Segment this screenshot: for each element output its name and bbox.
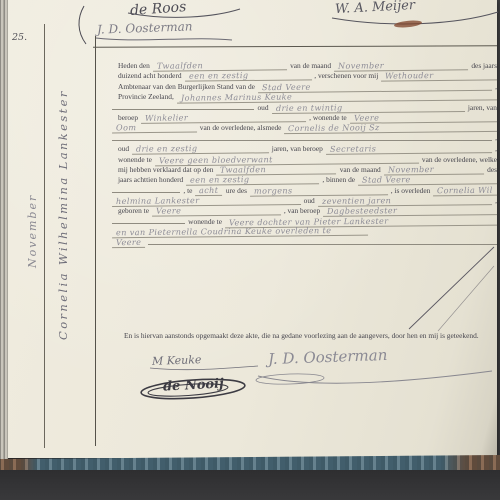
act-line: Oomvan de overledene, alsmedeCornelis de… <box>112 122 497 132</box>
printed-form-text: van de overledene, alsmede <box>200 123 282 132</box>
printed-form-text: beroep <box>118 113 138 122</box>
act-line: ouddrie en zestigjaren, van beroepSecret… <box>112 143 497 153</box>
printed-form-text: , binnen de <box>322 175 355 184</box>
printed-form-text: , van beroep <box>284 206 320 215</box>
act-closing-formula: En is hiervan aanstonds opgemaakt deze a… <box>112 331 494 342</box>
printed-form-text: ure des <box>226 186 247 195</box>
margin-deceased-name: Cornelia Wilhelmina Lankester <box>56 89 70 340</box>
act-border-rule <box>95 36 96 446</box>
margin-rule-left <box>44 24 45 448</box>
printed-form-text: van de maand <box>340 165 381 174</box>
act-body-text: Heden denTwaalfdenvan de maandNovemberde… <box>112 60 497 247</box>
record-number: 25. <box>12 32 27 43</box>
blank-rule-line <box>112 108 254 110</box>
printed-form-text: , verschenen voor mij <box>314 71 378 80</box>
printed-form-text: wonende te <box>188 217 222 226</box>
handwritten-entry: Veere <box>152 205 281 217</box>
act-line: en van Pieternella Coudrina Keuke overle… <box>112 226 497 236</box>
act-line: , teachture desmorgens, is overledenCorn… <box>112 185 497 195</box>
handwritten-entry: Veere <box>112 236 145 247</box>
blank-rule-line <box>148 243 497 245</box>
printed-form-text: Ambtenaar van den Burgerlijken Stand van… <box>118 82 255 91</box>
printed-form-text: , is overleden <box>391 186 431 195</box>
printed-form-text: oud <box>118 144 129 153</box>
printed-form-text: , wonende te <box>309 113 347 122</box>
act-line: Veere <box>112 237 497 247</box>
printed-form-text: Provincie Zeeland, <box>118 92 174 101</box>
blank-rule-line <box>112 139 492 141</box>
printed-form-text: duizend acht honderd <box>118 71 182 80</box>
scanned-death-record-page: 25. November Cornelia Wilhelmina Lankest… <box>0 0 500 500</box>
act-line: duizend acht honderdeen en zestig, versc… <box>112 70 497 80</box>
printed-form-text: jaren, van beroep <box>272 144 323 153</box>
printed-form-text: Heden den <box>118 61 150 70</box>
act-line: jaars achttien honderdeen en zestig, bin… <box>112 174 497 184</box>
printed-form-text: jaren, van <box>468 103 497 112</box>
printed-form-text: geboren te <box>118 206 149 215</box>
printed-form-text: , <box>495 144 497 153</box>
margin-month-label: November <box>26 194 39 268</box>
act-line: , <box>112 133 497 143</box>
act-line: wonende teVeere geen bloedverwantvan de … <box>112 154 497 164</box>
background-table <box>0 470 500 500</box>
signature-declarant-2: de Nooij <box>163 376 224 394</box>
blank-rule-line <box>112 222 185 224</box>
act-line: Provincie Zeeland,Johannes Marinus Keuke <box>112 91 497 101</box>
printed-form-text: , <box>495 133 497 142</box>
printed-form-text: , te <box>183 186 192 195</box>
printed-form-text: wonende te <box>118 155 152 164</box>
printed-form-text: oud <box>257 103 268 112</box>
handwritten-entry: een en zestig <box>185 70 312 82</box>
handwritten-entry: Oom <box>112 122 197 134</box>
printed-form-text: van de overledene, welke <box>422 155 497 164</box>
signature-declarant-1: M Keuke <box>152 353 202 368</box>
blank-rule-line <box>112 191 180 193</box>
book-spine-edge <box>0 0 8 459</box>
printed-form-text: oud <box>304 196 315 205</box>
handwritten-entry: drie en zestig <box>132 142 269 154</box>
printed-form-text: jaars achttien honderd <box>118 175 183 184</box>
